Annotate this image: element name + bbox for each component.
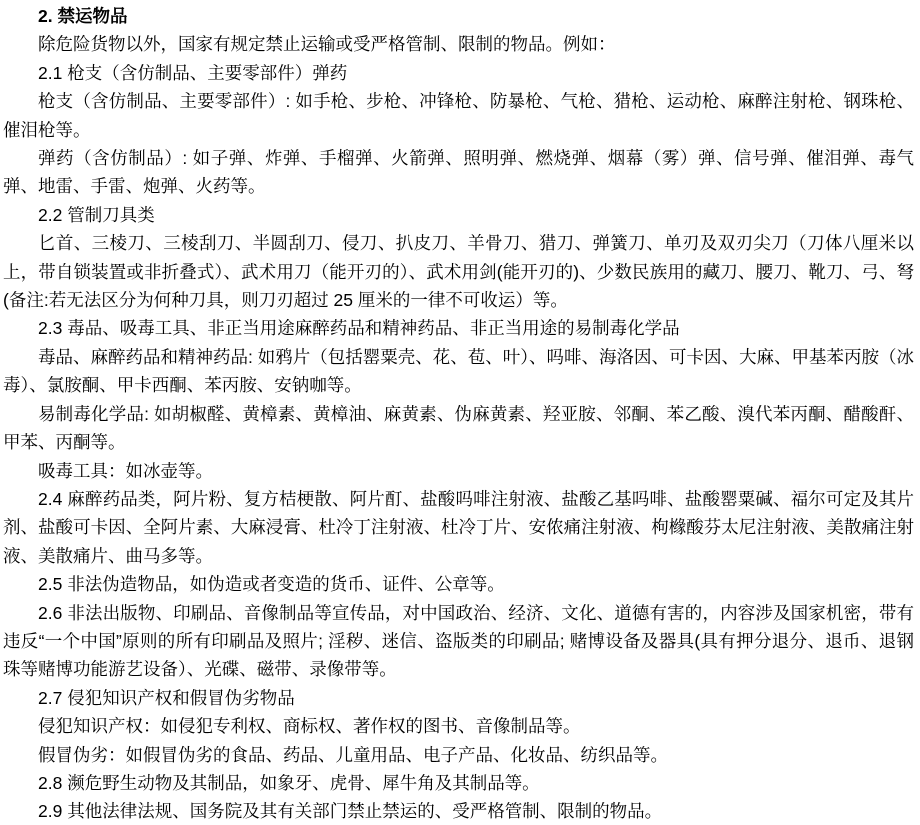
paragraph-intro: 除危险货物以外，国家有规定禁止运输或受严格管制、限制的物品。例如： bbox=[3, 30, 914, 58]
paragraph-fake-goods: 假冒伪劣：如假冒伪劣的食品、药品、儿童用品、电子产品、化妆品、纺织品等。 bbox=[3, 741, 914, 769]
paragraph-heading-2-1: 2.1 枪支（含仿制品、主要零部件）弹药 bbox=[3, 59, 914, 87]
paragraph-illegal-publications: 2.6 非法出版物、印刷品、音像制品等宣传品，对中国政治、经济、文化、道德有害的… bbox=[3, 599, 914, 684]
paragraph-endangered-wildlife: 2.8 濒危野生动物及其制品，如象牙、虎骨、犀牛角及其制品等。 bbox=[3, 769, 914, 797]
paragraph-guns: 枪支（含仿制品、主要零部件）: 如手枪、步枪、冲锋枪、防暴枪、气枪、猎枪、运动枪… bbox=[3, 87, 914, 144]
paragraph-ammunition: 弹药（含仿制品）: 如子弹、炸弹、手榴弹、火箭弹、照明弹、燃烧弹、烟幕（雾）弹、… bbox=[3, 144, 914, 201]
paragraph-drug-tools: 吸毒工具：如冰壶等。 bbox=[3, 457, 914, 485]
section-title: 2. 禁运物品 bbox=[3, 2, 914, 30]
paragraph-other-restricted: 2.9 其他法律法规、国务院及其有关部门禁止禁运的、受严格管制、限制的物品。 bbox=[3, 797, 914, 825]
document-page: 2. 禁运物品 除危险货物以外，国家有规定禁止运输或受严格管制、限制的物品。例如… bbox=[0, 0, 920, 825]
paragraph-counterfeit-documents: 2.5 非法伪造物品，如伪造或者变造的货币、证件、公章等。 bbox=[3, 570, 914, 598]
paragraph-heading-2-7: 2.7 侵犯知识产权和假冒伪劣物品 bbox=[3, 684, 914, 712]
paragraph-heading-2-3: 2.3 毒品、吸毒工具、非正当用途麻醉药品和精神药品、非正当用途的易制毒化学品 bbox=[3, 314, 914, 342]
paragraph-precursor-chemicals: 易制毒化学品: 如胡椒醛、黄樟素、黄樟油、麻黄素、伪麻黄素、羟亚胺、邻酮、苯乙酸… bbox=[3, 400, 914, 457]
paragraph-ip-infringement: 侵犯知识产权：如侵犯专利权、商标权、著作权的图书、音像制品等。 bbox=[3, 712, 914, 740]
paragraph-drugs: 毒品、麻醉药品和精神药品: 如鸦片（包括罂粟壳、花、苞、叶）、吗啡、海洛因、可卡… bbox=[3, 343, 914, 400]
paragraph-heading-2-2: 2.2 管制刀具类 bbox=[3, 201, 914, 229]
paragraph-narcotic-medicines: 2.4 麻醉药品类，阿片粉、复方桔梗散、阿片酊、盐酸吗啡注射液、盐酸乙基吗啡、盐… bbox=[3, 485, 914, 570]
paragraph-knives: 匕首、三棱刀、三棱刮刀、半圆刮刀、侵刀、扒皮刀、羊骨刀、猎刀、弹簧刀、单刃及双刃… bbox=[3, 229, 914, 314]
